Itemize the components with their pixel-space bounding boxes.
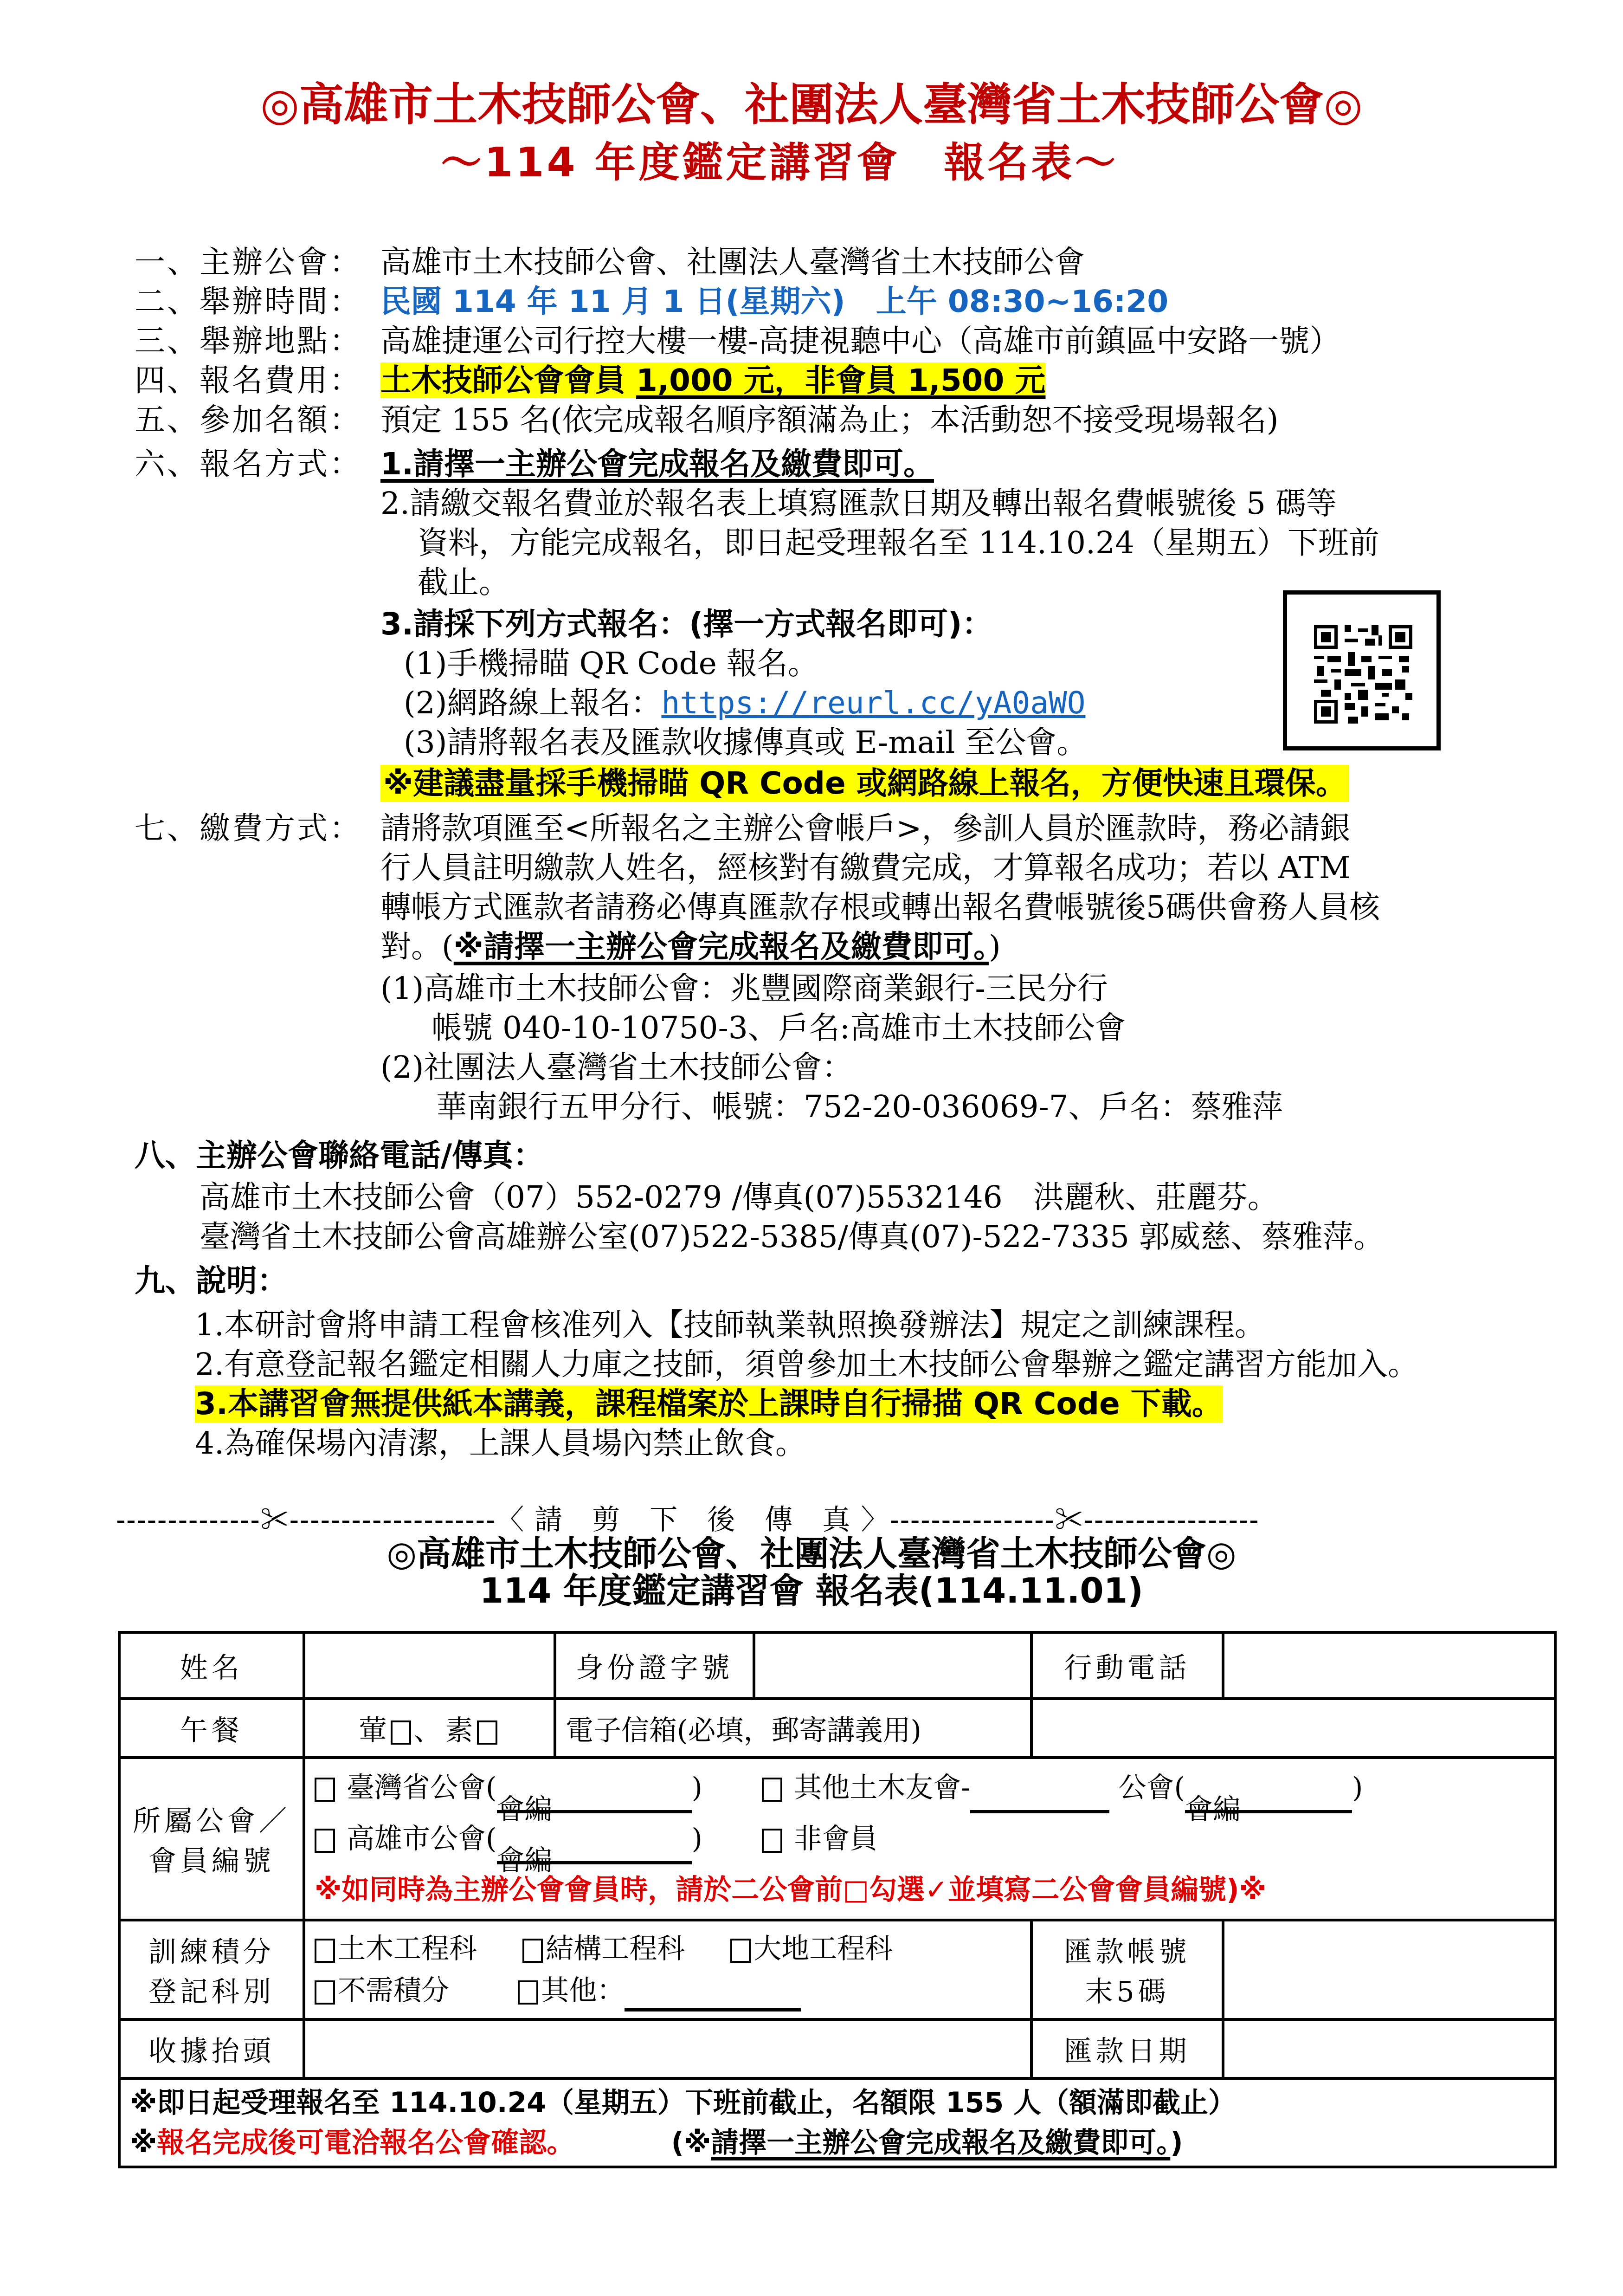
other-union-name-field[interactable]	[970, 1784, 1109, 1813]
credit-geo-checkbox[interactable]	[730, 1939, 751, 1963]
form-footer: ※即日起受理報名至 114.10.24（星期五）下班前截止，名額限 155 人（…	[119, 2078, 1555, 2167]
page-title: ◎高雄市土木技師公會、社團法人臺灣省土木技師公會◎	[0, 77, 1623, 132]
contact-kaohsiung: 高雄市土木技師公會（07）552-0279 /傳真(07)5532146 洪麗秋…	[200, 1179, 1278, 1216]
kaohsiung-member-no-field[interactable]: 會編	[497, 1835, 692, 1864]
qr-code-icon[interactable]	[1314, 625, 1412, 724]
taiwan-member-no-field[interactable]: 會編	[497, 1784, 692, 1813]
credit-civil-checkbox[interactable]	[315, 1939, 335, 1963]
credit-struct-checkbox[interactable]	[522, 1939, 543, 1963]
lunch-label: 午餐	[119, 1699, 304, 1758]
info-method: 六、報名方式：1.請擇一主辦公會完成報名及繳費即可。	[135, 446, 934, 483]
method-fax-email: (3)請將報名表及匯款收據傳真或 E-mail 至公會。	[404, 724, 1087, 761]
id-label: 身份證字號	[555, 1632, 754, 1699]
union-options: 臺灣省公會(會編) 其他土木友會- 公會(會編) 高雄市公會(會編) 非會員 ※…	[304, 1758, 1555, 1920]
form-title: ◎高雄市土木技師公會、社團法人臺灣省土木技師公會◎	[0, 1534, 1623, 1574]
bank1-line2: 帳號 040-10-10750-3、戶名:高雄市土木技師公會	[432, 1009, 1126, 1047]
notes-heading: 九、說明：	[135, 1262, 288, 1300]
credit-other-checkbox[interactable]	[518, 1980, 538, 2005]
note-4: 4.為確保場內清潔，上課人員場內禁止飲食。	[195, 1425, 806, 1462]
info-venue: 三、舉辦地點：高雄捷運公司行控大樓一樓-高捷視聽中心（高雄市前鎮區中安路一號）	[135, 323, 1340, 360]
info-fee: 四、報名費用：土木技師公會會員 1,000 元，非會員 1,500 元	[135, 362, 1045, 399]
footer-deadline: ※即日起受理報名至 114.10.24（星期五）下班前截止，名額限 155 人（…	[130, 2083, 1545, 2123]
payment-line4: 對。(※請擇一主辦公會完成報名及繳費即可。)	[380, 928, 1001, 965]
registration-link[interactable]: https://reurl.cc/yA0aWO	[662, 685, 1086, 721]
contact-taiwan: 臺灣省土木技師公會高雄辦公室(07)522-5385/傳真(07)-522-73…	[200, 1218, 1384, 1255]
date-field[interactable]	[1223, 2019, 1555, 2078]
registration-form: 姓名 身份證字號 行動電話 午餐 葷、素 電子信箱(必填，郵寄講義用) 所屬公會…	[118, 1631, 1557, 2168]
info-organizer: 一、主辦公會：高雄市土木技師公會、社團法人臺灣省土木技師公會	[135, 244, 1085, 281]
receipt-label: 收據抬頭	[119, 2019, 304, 2078]
qr-code-frame	[1283, 590, 1441, 750]
note-3: 3.本講習會無提供紙本講義，課程檔案於上課時自行掃描 QR Code 下載。	[195, 1385, 1223, 1423]
non-member-checkbox[interactable]	[762, 1829, 782, 1853]
union-label: 所屬公會／會員編號	[119, 1758, 304, 1920]
method-qr: (1)手機掃瞄 QR Code 報名。	[404, 645, 818, 682]
bank1-line1: (1)高雄市土木技師公會：兆豐國際商業銀行-三民分行	[380, 970, 1108, 1007]
info-quota: 五、參加名額：預定 155 名(依完成報名順序額滿為止；本活動恕不接受現場報名)	[135, 401, 1278, 439]
account-label: 匯款帳號末5碼	[1031, 1920, 1223, 2019]
name-label: 姓名	[119, 1632, 304, 1699]
other-member-no-field[interactable]: 會編	[1185, 1784, 1352, 1813]
credit-other-field[interactable]	[625, 1982, 801, 2011]
receipt-field[interactable]	[304, 2019, 1031, 2078]
method-item2-line3: 截止。	[418, 564, 509, 601]
credit-label: 訓練積分登記科別	[119, 1920, 304, 2019]
note-2: 2.有意登記報名鑑定相關人力庫之技師，須曾參加土木技師公會舉辦之鑑定講習方能加入…	[195, 1346, 1418, 1383]
bank2-line1: (2)社團法人臺灣省土木技師公會：	[380, 1049, 853, 1086]
name-field[interactable]	[304, 1632, 555, 1699]
note-1: 1.本研討會將申請工程會核准列入【技師執業執照換發辦法】規定之訓練課程。	[195, 1306, 1265, 1344]
method-item3: 3.請採下列方式報名：(擇一方式報名即可)：	[380, 606, 992, 643]
other-union-checkbox[interactable]	[762, 1778, 782, 1802]
kaohsiung-union-checkbox[interactable]	[315, 1829, 335, 1853]
method-item2-line1: 2.請繳交報名費並於報名表上填寫匯款日期及轉出報名費帳號後 5 碼等	[380, 485, 1337, 522]
method-item2-line2: 資料，方能完成報名，即日起受理報名至 114.10.24（星期五）下班前	[418, 524, 1379, 562]
mobile-field[interactable]	[1223, 1632, 1555, 1699]
mobile-label: 行動電話	[1031, 1632, 1223, 1699]
account-field[interactable]	[1223, 1920, 1555, 2019]
lunch-options: 葷、素	[304, 1699, 555, 1758]
email-field[interactable]	[1031, 1699, 1555, 1758]
union-note: ※如同時為主辦公會會員時，請於二公會前□勾選✓並填寫二公會會員編號)※	[315, 1864, 1545, 1915]
date-label: 匯款日期	[1031, 2019, 1223, 2078]
form-subtitle: 114 年度鑑定講習會 報名表(114.11.01)	[0, 1571, 1623, 1611]
credit-options: 土木工程科 結構工程科 大地工程科 不需積分 其他：	[304, 1920, 1031, 2019]
id-field[interactable]	[754, 1632, 1031, 1699]
cut-line: --------------✂--------------------〈 請 剪…	[116, 1504, 1508, 1536]
info-time: 二、舉辦時間：民國 114 年 11 月 1 日(星期六) 上午 08:30~1…	[135, 283, 1168, 320]
payment-line3: 轉帳方式匯款者請務必傳真匯款存根或轉出報名費帳號後5碼供會務人員核	[380, 889, 1380, 926]
contact-heading: 八、主辦公會聯絡電話/傳真：	[135, 1137, 544, 1174]
footer-confirm: ※報名完成後可電洽報名公會確認。 (※請擇一主辦公會完成報名及繳費即可。)	[130, 2123, 1545, 2163]
event-time: 民國 114 年 11 月 1 日(星期六) 上午 08:30~16:20	[380, 284, 1168, 319]
page-subtitle: ～114 年度鑑定講習會 報名表～	[441, 135, 1118, 190]
taiwan-union-checkbox[interactable]	[315, 1778, 335, 1802]
credit-none-checkbox[interactable]	[315, 1980, 335, 2005]
payment-line2: 行人員註明繳款人姓名，經核對有繳費完成，才算報名成功；若以 ATM	[380, 849, 1351, 886]
lunch-meat-checkbox[interactable]	[391, 1720, 411, 1745]
method-online: (2)網路線上報名：https://reurl.cc/yA0aWO	[404, 685, 1085, 722]
email-label: 電子信箱(必填，郵寄講義用)	[555, 1699, 1031, 1758]
fee-highlight: 土木技師公會會員 1,000 元，非會員 1,500 元	[380, 362, 1045, 398]
bank2-line2: 華南銀行五甲分行、帳號：752-20-036069-7、戶名：蔡雅萍	[436, 1088, 1283, 1125]
method-note: ※建議盡量採手機掃瞄 QR Code 或網路線上報名，方便快速且環保。	[380, 765, 1349, 802]
info-payment: 七、繳費方式：請將款項匯至<所報名之主辦公會帳戶>，參訓人員於匯款時，務必請銀	[135, 810, 1351, 847]
lunch-veg-checkbox[interactable]	[477, 1720, 497, 1745]
